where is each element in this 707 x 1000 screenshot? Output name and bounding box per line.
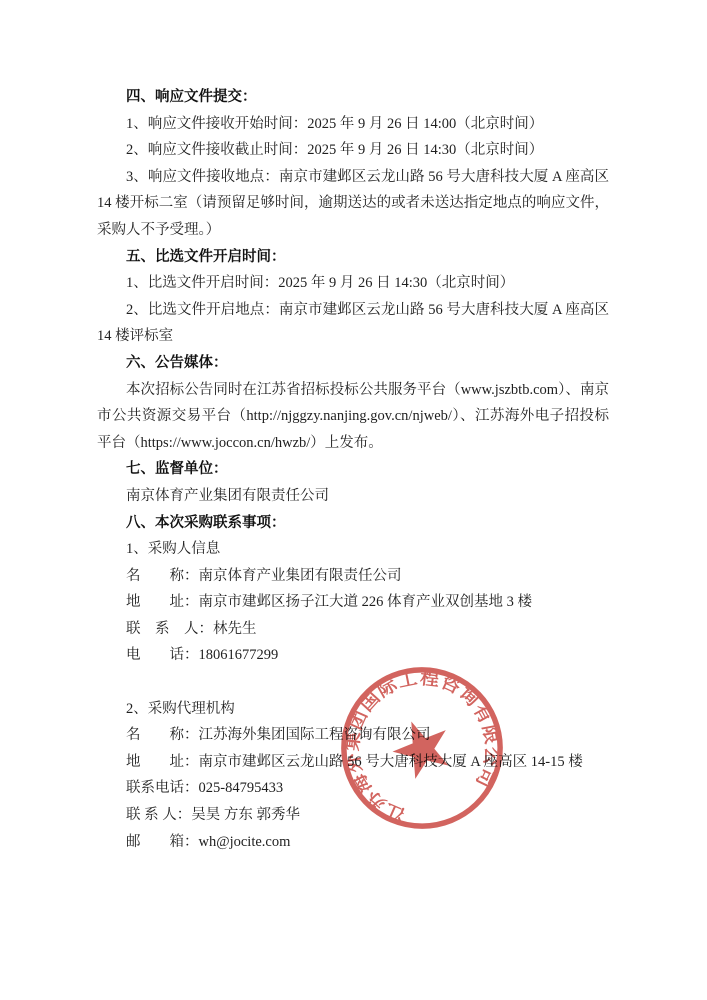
paragraph-body: 联系电话：025-84795433 xyxy=(97,775,609,802)
paragraph-body: 邮 箱：wh@jocite.com xyxy=(97,829,609,856)
paragraph-body: 名 称：南京体育产业集团有限责任公司 xyxy=(97,563,609,590)
document-body: 四、响应文件提交：1、响应文件接收开始时间：2025 年 9 月 26 日 14… xyxy=(97,84,609,855)
paragraph-body: 3、响应文件接收地点：南京市建邺区云龙山路 56 号大唐科技大厦 A 座高区 1… xyxy=(97,164,609,244)
paragraph-body: 联 系 人：吴昊 方东 郭秀华 xyxy=(97,802,609,829)
paragraph-heading: 七、监督单位： xyxy=(97,456,609,483)
paragraph-heading: 五、比选文件开启时间： xyxy=(97,244,609,271)
paragraph-body: 本次招标公告同时在江苏省招标投标公共服务平台（www.jszbtb.com）、南… xyxy=(97,377,609,457)
page: 四、响应文件提交：1、响应文件接收开始时间：2025 年 9 月 26 日 14… xyxy=(0,0,707,1000)
paragraph-body: 联 系 人：林先生 xyxy=(97,616,609,643)
paragraph-body: 2、响应文件接收截止时间：2025 年 9 月 26 日 14:30（北京时间） xyxy=(97,137,609,164)
paragraph-spacer xyxy=(97,669,609,696)
paragraph-body: 地 址：南京市建邺区扬子江大道 226 体育产业双创基地 3 楼 xyxy=(97,589,609,616)
paragraph-body: 名 称：江苏海外集团国际工程咨询有限公司 xyxy=(97,722,609,749)
paragraph-heading: 八、本次采购联系事项： xyxy=(97,510,609,537)
paragraph-body: 电 话：18061677299 xyxy=(97,642,609,669)
paragraph-body: 1、比选文件开启时间：2025 年 9 月 26 日 14:30（北京时间） xyxy=(97,270,609,297)
paragraph-body: 南京体育产业集团有限责任公司 xyxy=(97,483,609,510)
paragraph-heading: 四、响应文件提交： xyxy=(97,84,609,111)
paragraph-body: 1、采购人信息 xyxy=(97,536,609,563)
paragraph-body: 2、比选文件开启地点：南京市建邺区云龙山路 56 号大唐科技大厦 A 座高区 1… xyxy=(97,297,609,350)
paragraph-heading: 六、公告媒体： xyxy=(97,350,609,377)
paragraph-body: 1、响应文件接收开始时间：2025 年 9 月 26 日 14:00（北京时间） xyxy=(97,111,609,138)
paragraph-body: 地 址：南京市建邺区云龙山路 56 号大唐科技大厦 A 座高区 14-15 楼 xyxy=(97,749,609,776)
paragraph-body: 2、采购代理机构 xyxy=(97,696,609,723)
